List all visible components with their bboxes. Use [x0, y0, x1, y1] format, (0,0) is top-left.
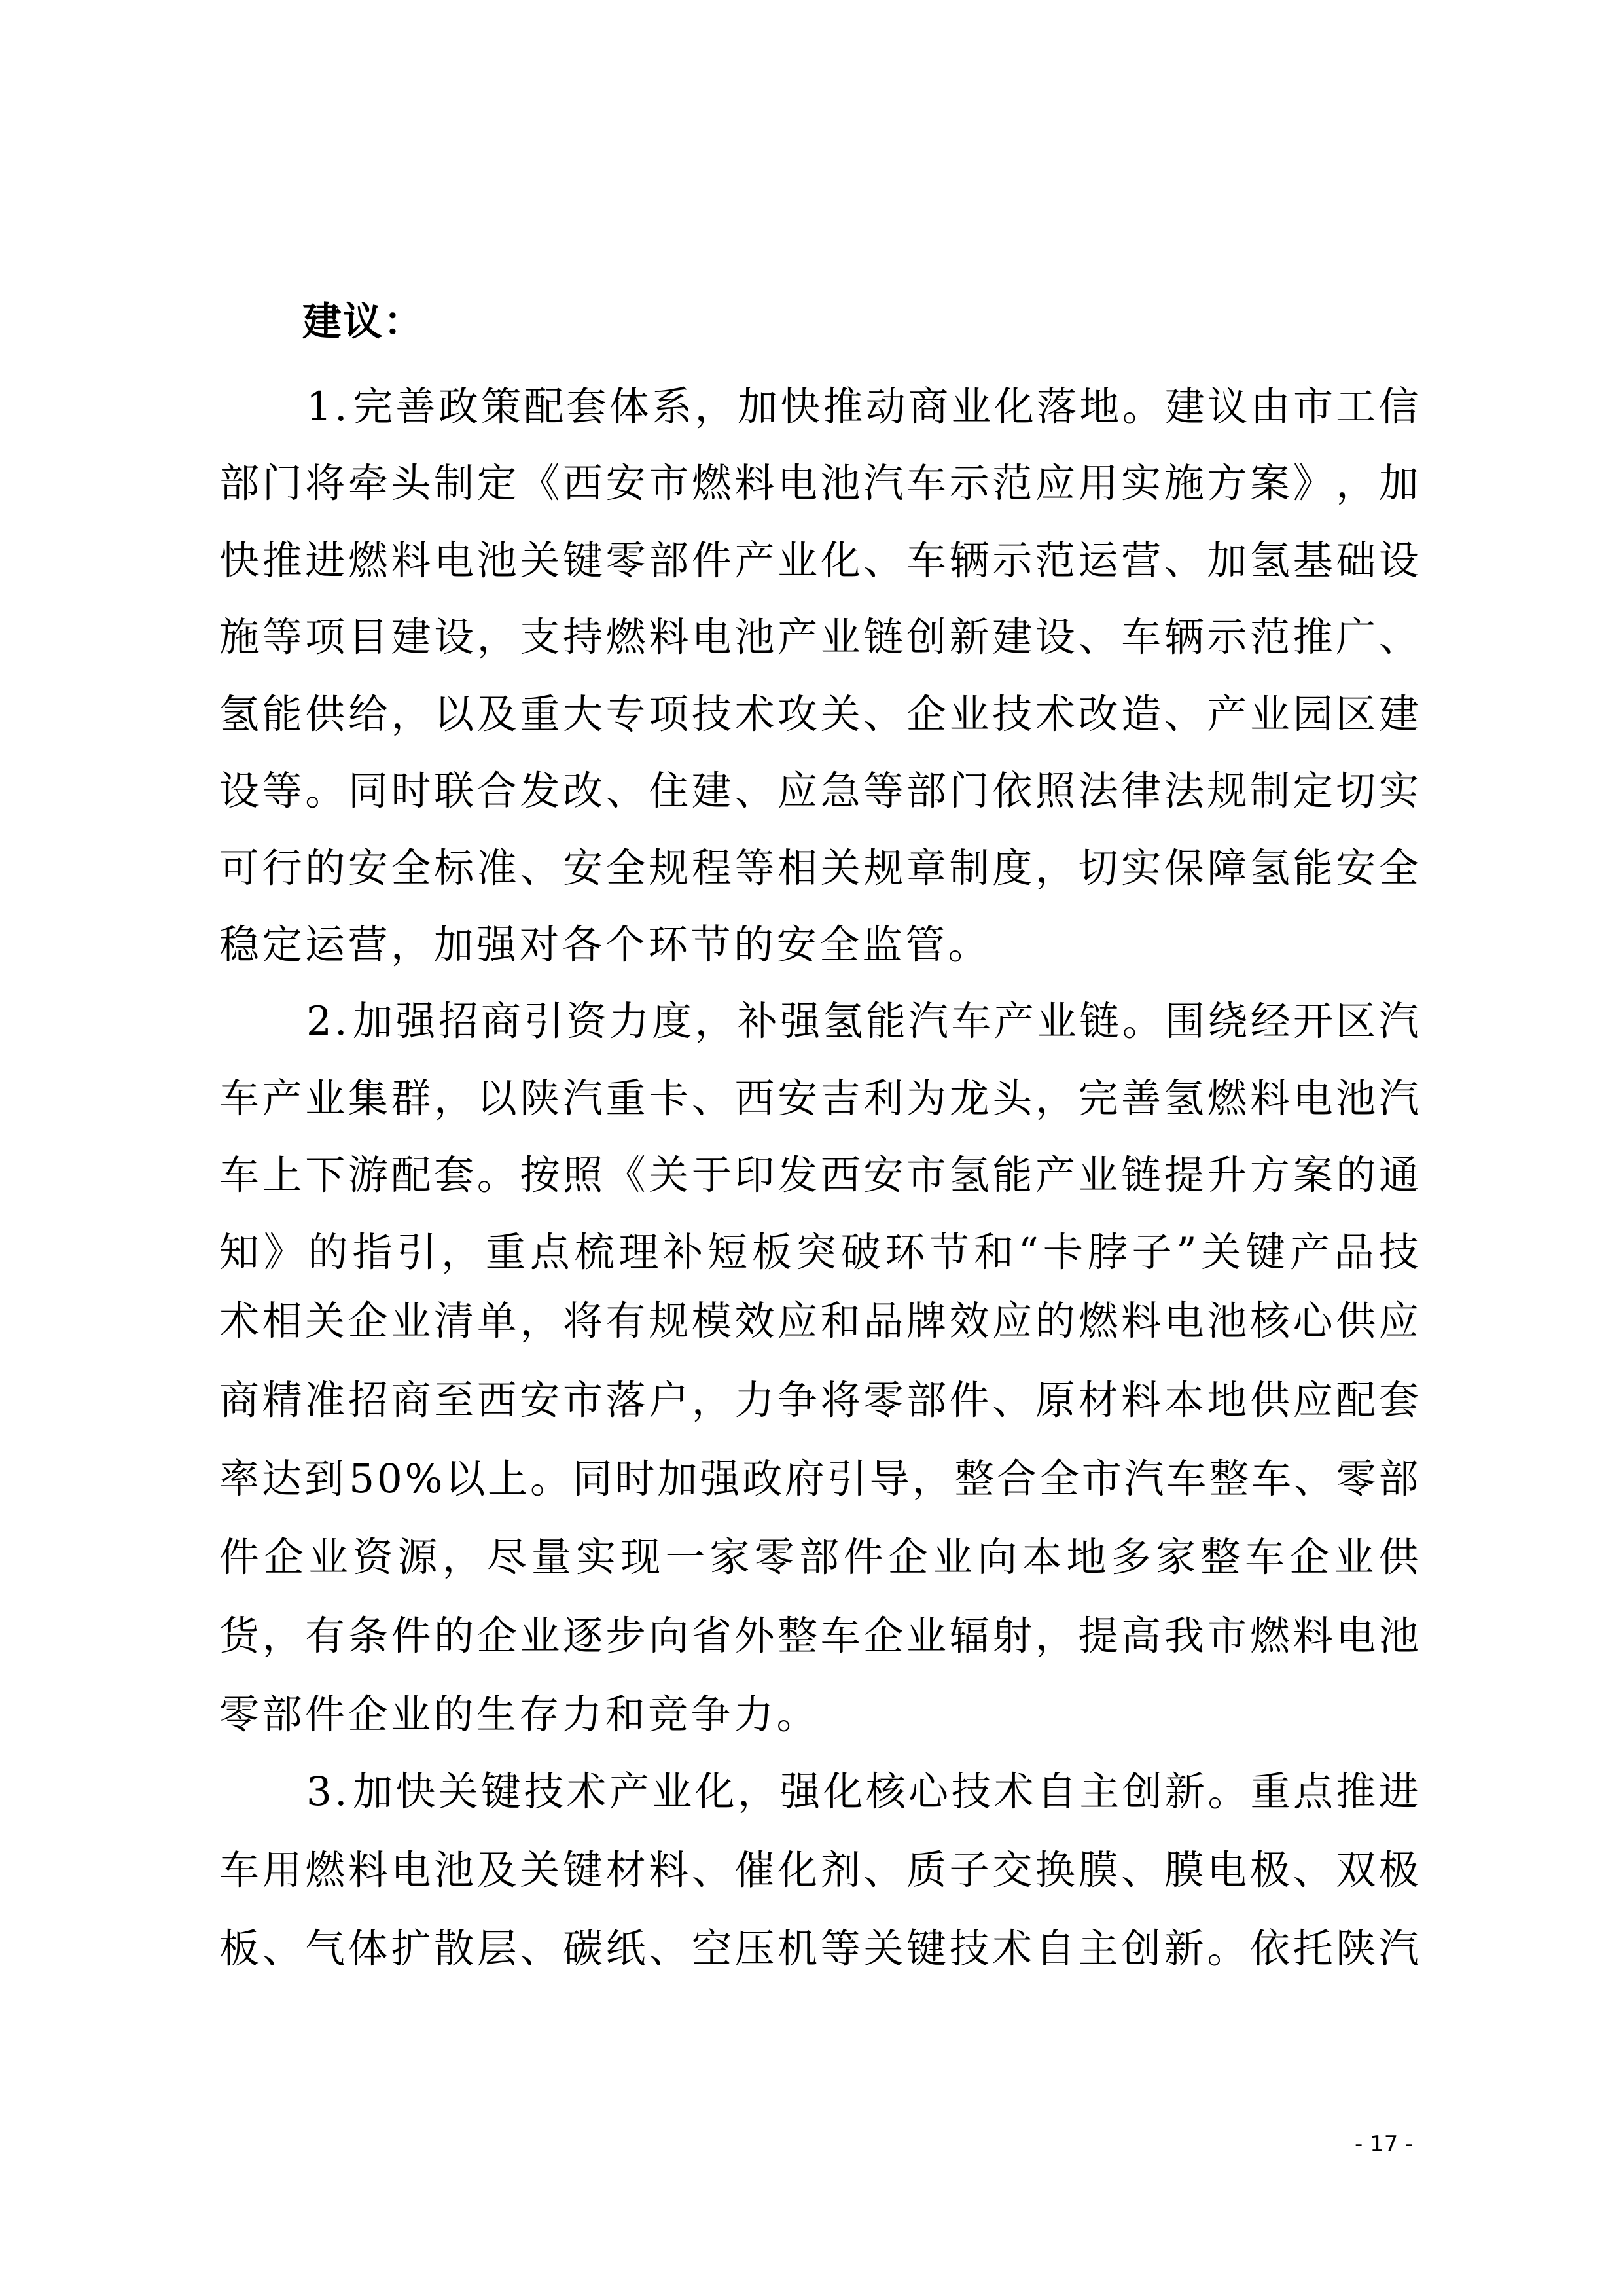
paragraph-1-line: 设等。同时联合发改、住建、应急等部门依照法律法规制定切实	[219, 765, 1419, 817]
paragraph-3-line: 3. 加快关键技术产业化，强化核心技术自主创新。重点推进	[306, 1766, 1419, 1818]
page-number: - 17 -	[1355, 2130, 1413, 2159]
paragraph-2-line: 知》的指引，重点梳理补短板突破环节和“卡脖子”关键产品技	[219, 1227, 1419, 1279]
paragraph-1-line: 部门将牵头制定《西安市燃料电池汽车示范应用实施方案》，加	[219, 457, 1419, 510]
paragraph-2-line: 术相关企业清单，将有规模效应和品牌效应的燃料电池核心供应	[219, 1295, 1419, 1348]
paragraph-1-line: 快推进燃料电池关键零部件产业化、车辆示范运营、加氢基础设	[219, 535, 1419, 587]
paragraph-2-line: 商精准招商至西安市落户，力争将零部件、原材料本地供应配套	[219, 1374, 1419, 1427]
paragraph-2-line: 2. 加强招商引资力度，补强氢能汽车产业链。围绕经开区汽	[306, 996, 1419, 1048]
document-page: 建议： 1. 完善政策配套体系，加快推动商业化落地。建议由市工信 部门将牵头制定…	[0, 0, 1623, 2296]
paragraph-3-line: 车用燃料电池及关键材料、催化剂、质子交换膜、膜电极、双极	[219, 1844, 1419, 1897]
paragraph-3-line: 板、气体扩散层、碳纸、空压机等关键技术自主创新。依托陕汽	[219, 1923, 1419, 1975]
paragraph-1-line: 施等项目建设，支持燃料电池产业链创新建设、车辆示范推广、	[219, 611, 1419, 664]
paragraph-2-line: 零部件企业的生存力和竞争力。	[219, 1689, 1419, 1741]
paragraph-2-line: 率达到 50%以上。同时加强政府引导，整合全市汽车整车、零部	[219, 1453, 1419, 1505]
paragraph-2-line: 车产业集群，以陕汽重卡、西安吉利为龙头，完善氢燃料电池汽	[219, 1073, 1419, 1125]
paragraph-1-line: 稳定运营，加强对各个环节的安全监管。	[219, 919, 1419, 971]
paragraph-1-line: 可行的安全标准、安全规程等相关规章制度，切实保障氢能安全	[219, 842, 1419, 895]
section-heading: 建议：	[302, 296, 424, 348]
paragraph-2-line: 件企业资源，尽量实现一家零部件企业向本地多家整车企业供	[219, 1532, 1419, 1584]
paragraph-1-line: 氢能供给，以及重大专项技术攻关、企业技术改造、产业园区建	[219, 689, 1419, 741]
paragraph-2-line: 货，有条件的企业逐步向省外整车企业辐射，提高我市燃料电池	[219, 1610, 1419, 1662]
paragraph-2-line: 车上下游配套。按照《关于印发西安市氢能产业链提升方案的通	[219, 1149, 1419, 1202]
paragraph-1-line: 1. 完善政策配套体系，加快推动商业化落地。建议由市工信	[306, 381, 1419, 433]
